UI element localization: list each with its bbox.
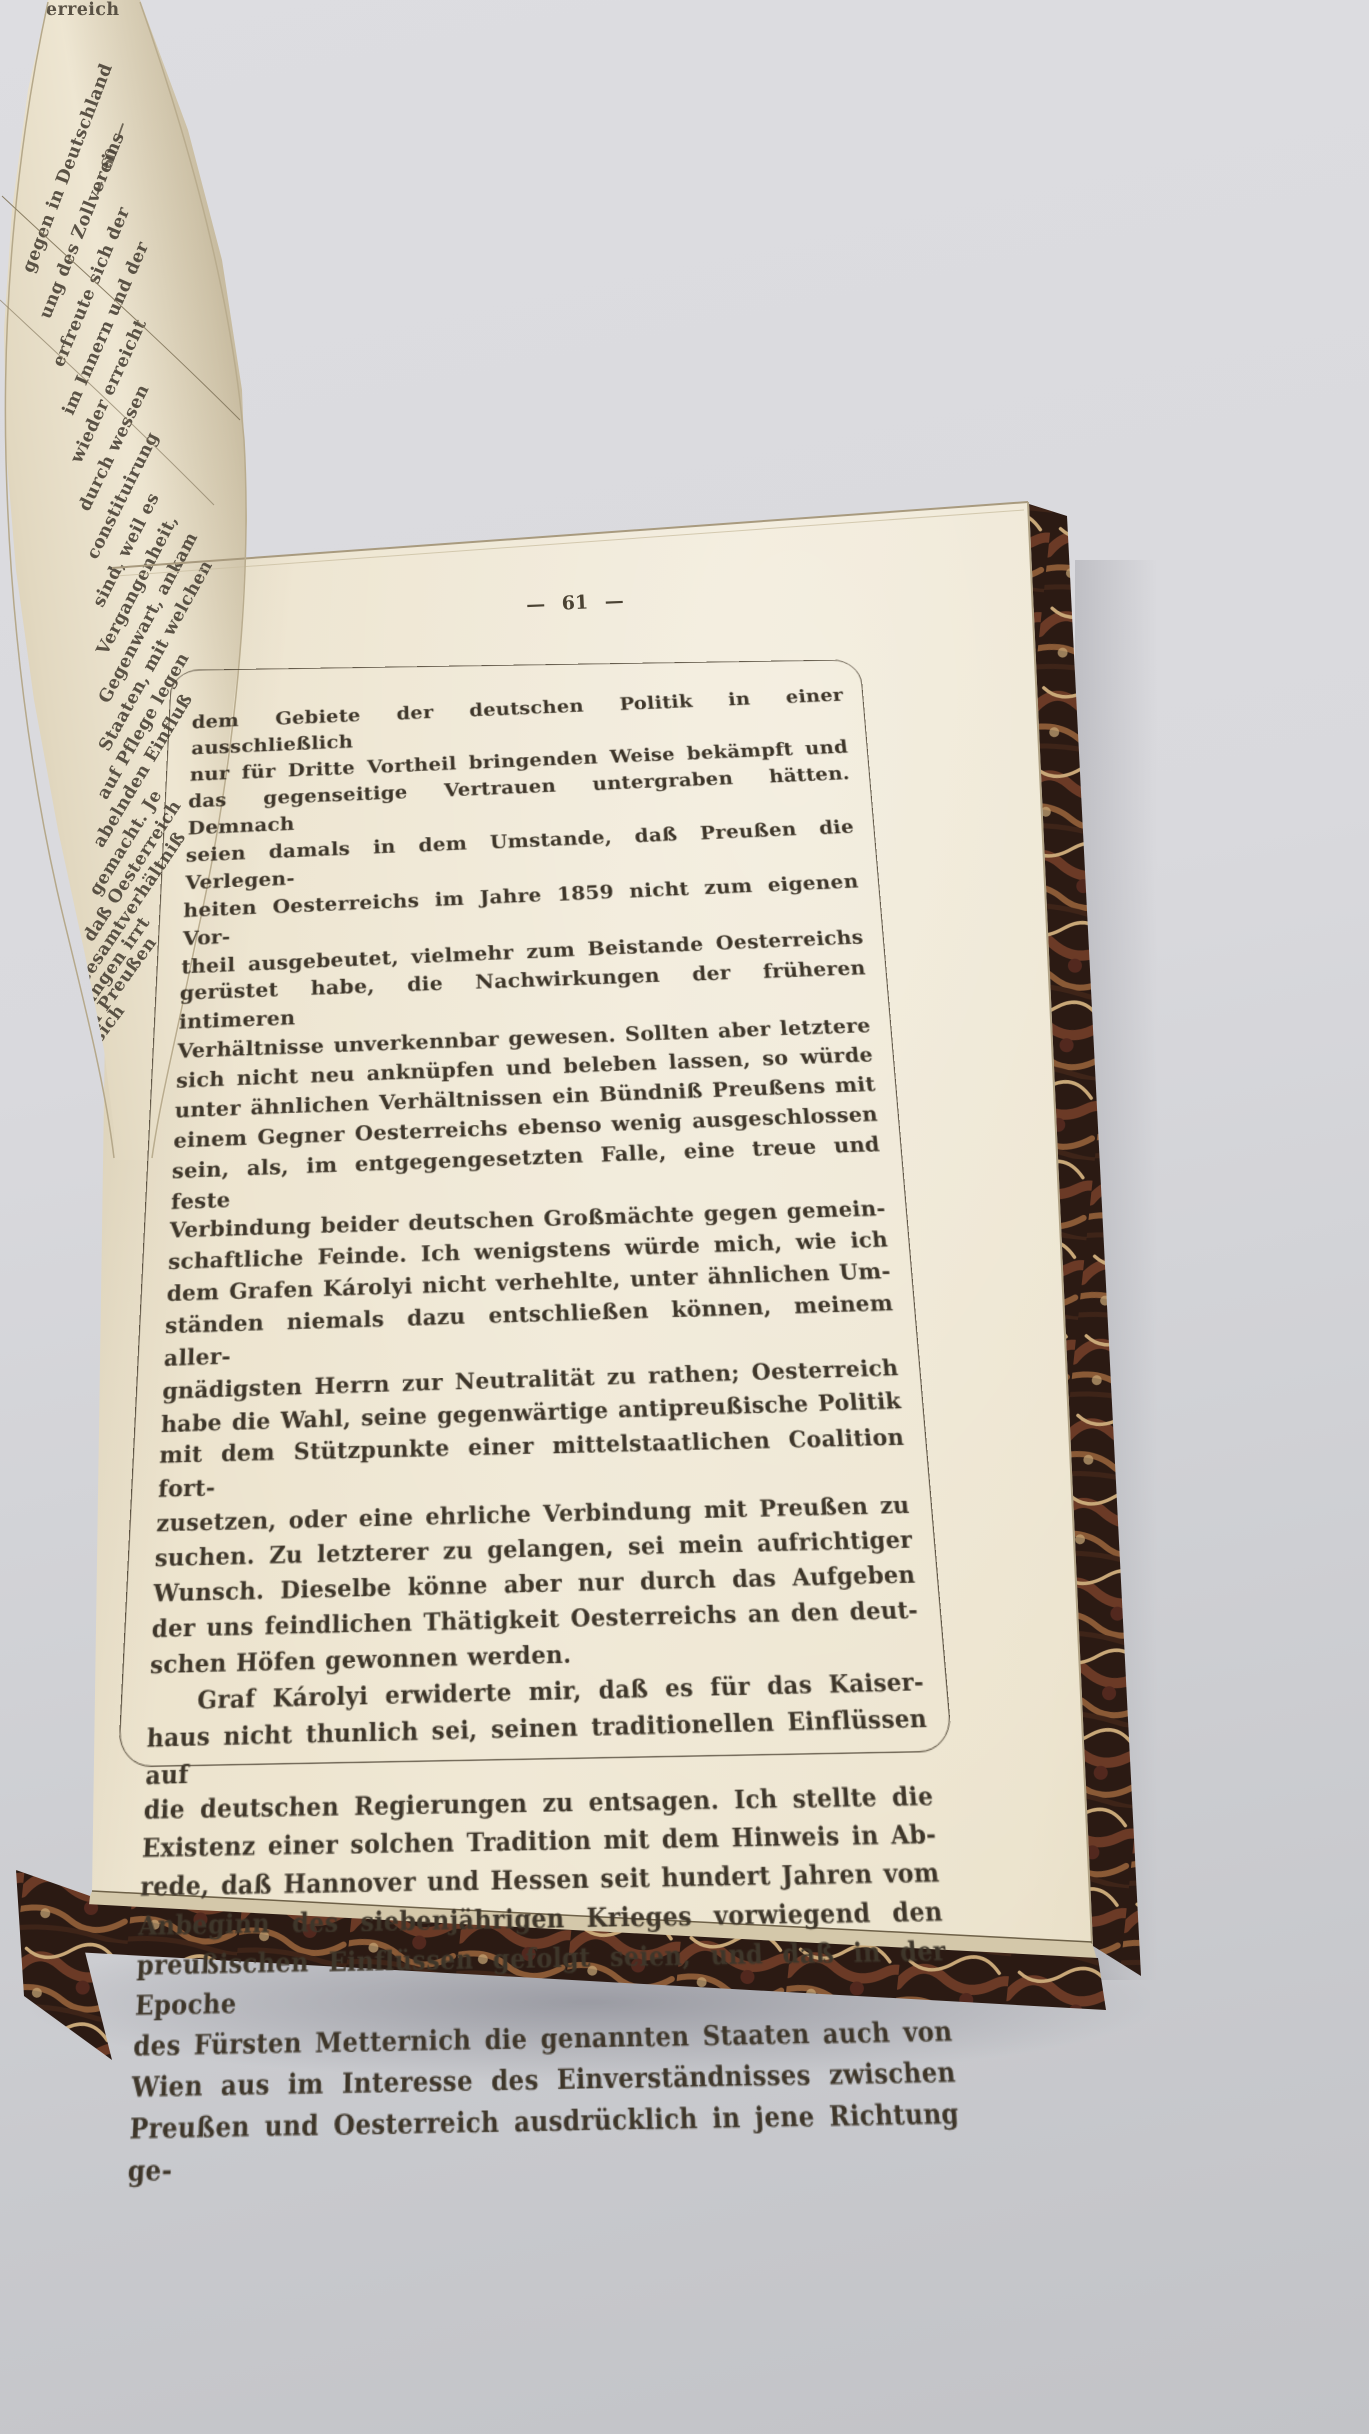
- text-line: Preußen und Oesterreich ausdrücklich in …: [127, 2093, 964, 2192]
- left-page-text-fragment: Oesterreich: [0, 0, 119, 20]
- printed-border-box: dem Gebiete der deutschen Politik in ein…: [118, 659, 953, 1767]
- book-photo: — 60 — gegen in Deutschland ung des Zoll…: [0, 0, 1369, 2434]
- page-text-block: dem Gebiete der deutschen Politik in ein…: [98, 660, 987, 2193]
- text-line: preußischen Einflüssen gefolgt seien, un…: [134, 1931, 950, 2025]
- book-side-shadow: [1075, 560, 1185, 1980]
